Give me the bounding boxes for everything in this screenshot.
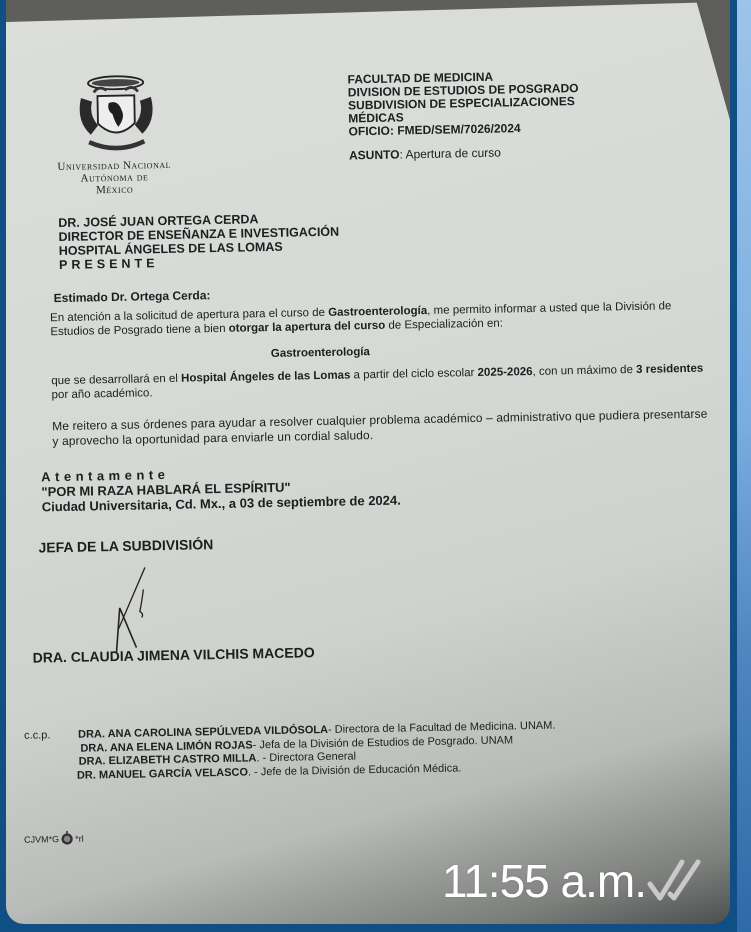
salutation: Estimado Dr. Ortega Cerda: bbox=[54, 288, 211, 305]
institution-name: Universidad Nacional Autónoma de México bbox=[39, 159, 190, 198]
closing-block: Atentamente "POR MI RAZA HABLARÁ EL ESPÍ… bbox=[41, 463, 401, 515]
message-timestamp: 11:55 a.m. bbox=[442, 858, 646, 904]
double-check-read-icon bbox=[646, 858, 710, 902]
body-paragraph-2: que se desarrollará en el Hospital Ángel… bbox=[51, 362, 711, 403]
recipient-block: DR. JOSÉ JUAN ORTEGA CERDA DIRECTOR DE E… bbox=[58, 211, 340, 272]
unam-seal-icon bbox=[69, 69, 163, 163]
signer-title: JEFA DE LA SUBDIVISIÓN bbox=[38, 536, 213, 555]
subject-line: ASUNTO: Apertura de curso bbox=[349, 146, 501, 163]
course-name: Gastroenterología bbox=[271, 346, 370, 360]
oficio-number: OFICIO: FMED/SEM/7026/2024 bbox=[348, 121, 579, 138]
letter-header: FACULTAD DE MEDICINA DIVISION DE ESTUDIO… bbox=[347, 69, 579, 138]
image-message-bubble[interactable]: Universidad Nacional Autónoma de México … bbox=[6, 0, 730, 924]
reference-code: CJVM*G *rl bbox=[24, 831, 84, 848]
small-seal-icon bbox=[59, 831, 75, 847]
letter-document: Universidad Nacional Autónoma de México … bbox=[6, 0, 730, 924]
handwritten-signature-icon bbox=[105, 559, 167, 660]
body-paragraph-1: En atención a la solicitud de apertura p… bbox=[50, 299, 710, 340]
wallpaper-edge bbox=[737, 0, 751, 932]
body-paragraph-3: Me reitero a sus órdenes para ayudar a r… bbox=[52, 407, 712, 450]
signer-name: DRA. CLAUDIA JIMENA VILCHIS MACEDO bbox=[32, 644, 314, 665]
